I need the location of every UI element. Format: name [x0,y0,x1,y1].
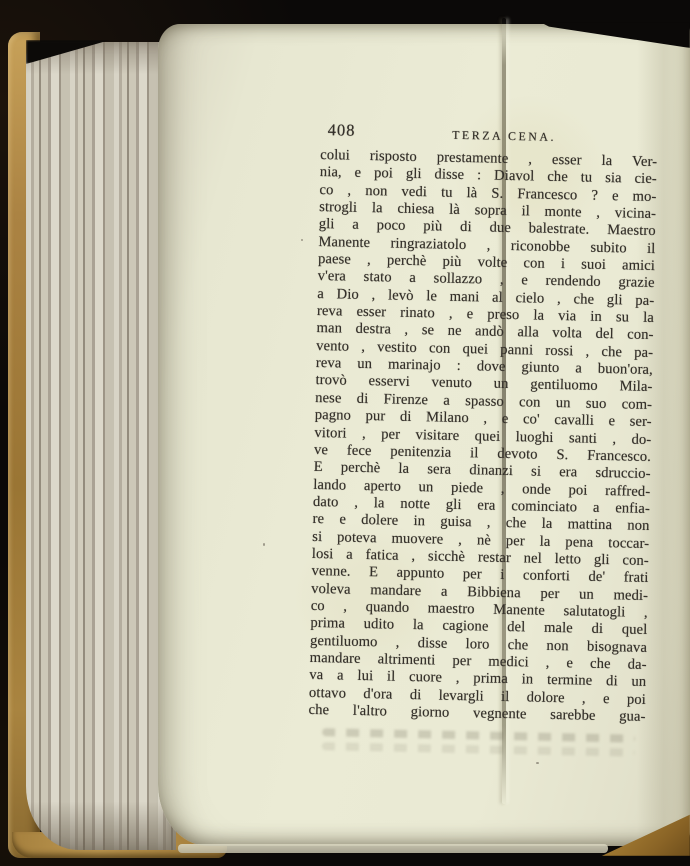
book-photo-frame: 408 TERZA CENA. colui risposto prestamen… [0,0,690,866]
page-edge-stack [26,42,176,850]
paper-speck [536,762,539,764]
paper-speck [301,239,303,241]
underlying-page-edge [178,844,608,853]
ink-show-through [322,729,635,744]
text-column: 408 TERZA CENA. colui risposto prestamen… [308,119,658,757]
body-text: colui risposto prestamente , esser la Ve… [308,147,657,726]
page-number: 408 [328,120,356,141]
paper-speck [263,543,265,546]
